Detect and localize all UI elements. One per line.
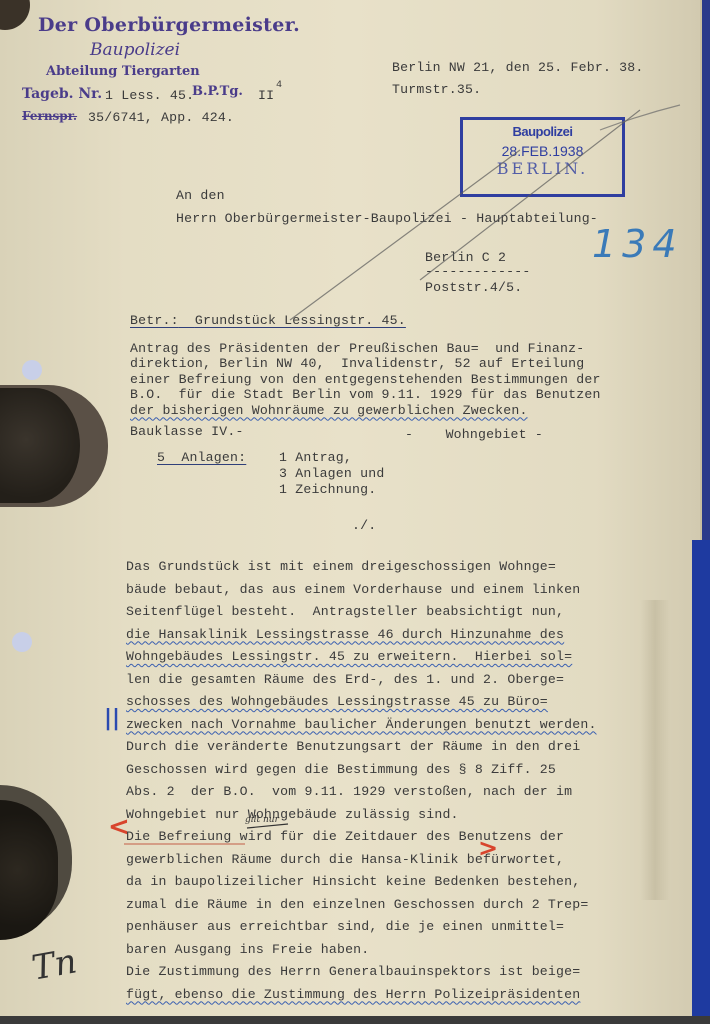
journal-value: 1 Less. 45. [105, 88, 194, 103]
body-line: Geschossen wird gegen die Bestimmung des… [126, 759, 597, 782]
attachments-label: 5 Anlagen: [157, 450, 246, 465]
body-line: Durch die veränderte Benutzungsart der R… [126, 736, 597, 759]
paper-fold [640, 600, 670, 900]
margin-marks: || [104, 706, 120, 731]
zone: - Wohngebiet - [405, 427, 543, 442]
red-bracket-open-icon: < [108, 812, 130, 842]
application-line: B.O. für die Stadt Berlin vom 9.11. 1929… [130, 387, 601, 402]
handwritten-insertion: gilt nur [245, 815, 279, 825]
initials-signature: Tn [29, 941, 80, 988]
background-binder [692, 540, 710, 1020]
recipient-line1: An den [176, 188, 225, 203]
body-line: Das Grundstück ist mit einem dreigeschos… [126, 556, 597, 579]
application-line: direktion, Berlin NW 40, Invalidenstr, 5… [130, 356, 601, 371]
place-date: Berlin NW 21, den 25. Febr. 38. [392, 60, 644, 75]
body-line: bäude bebaut, das aus einem Vorderhause … [126, 579, 597, 602]
recipient-city: Berlin C 2 [425, 250, 506, 265]
attachment-item: 1 Antrag, [279, 450, 352, 465]
body-line: Die Zustimmung des Herrn Generalbauinspe… [126, 961, 597, 984]
letterhead-authority: Der Oberbürgermeister. [38, 14, 300, 36]
journal-stamp: B.P.Tg. [192, 84, 243, 99]
punch-hole [12, 632, 32, 652]
recipient-line2: Herrn Oberbürgermeister-Baupolizei - Hau… [176, 211, 598, 226]
body-line: penhäuser aus erreichtbar sind, die je e… [126, 916, 597, 939]
body-line: Wohngebäudes Lessingstr. 45 zu erweitern… [126, 646, 597, 669]
body-line: zumal die Räume in den einzelnen Geschos… [126, 894, 597, 917]
stamp-date: 28.FEB.1938 [463, 143, 622, 159]
recipient-rule: ------------- [425, 264, 530, 279]
body-line: baren Ausgang ins Freie haben. [126, 939, 597, 962]
body-line: Abs. 2 der B.O. vom 9.11. 1929 verstoßen… [126, 781, 597, 804]
recipient-street: Poststr.4/5. [425, 280, 522, 295]
body-line: da in baupolizeilicher Hinsicht keine Be… [126, 871, 597, 894]
body-line: fügt, ebenso die Zustimmung des Herrn Po… [126, 984, 597, 1007]
phone-value: 35/6741, App. 424. [88, 110, 234, 125]
building-class: Bauklasse IV.- [130, 424, 244, 439]
letterhead-division: Abteilung Tiergarten [46, 64, 200, 79]
received-stamp: Baupolizei 28.FEB.1938 BERLIN. [460, 117, 625, 197]
body-line: die Hansaklinik Lessingstrasse 46 durch … [126, 624, 597, 647]
letterhead-department: Baupolizei [90, 40, 180, 60]
stamp-office: Baupolizei [463, 124, 622, 139]
body-line: Die Befreiung wird für die Zeitdauer des… [126, 826, 597, 849]
punch-hole [22, 360, 42, 380]
application-paragraph: Antrag des Präsidenten der Preußischen B… [130, 341, 601, 418]
body-line: gewerblichen Räume durch die Hansa-Klini… [126, 849, 597, 872]
attachment-item: 3 Anlagen und [279, 466, 384, 481]
journal-suffix: II [258, 88, 274, 103]
attachment-item: 1 Zeichnung. [279, 482, 376, 497]
sender-street: Turmstr.35. [392, 82, 481, 97]
body-line: zwecken nach Vornahme baulicher Änderung… [126, 714, 597, 737]
body-text: Das Grundstück ist mit einem dreigeschos… [126, 556, 597, 1006]
subject-value: Grundstück Lessingstr. 45. [195, 313, 406, 328]
application-line: der bisherigen Wohnräume zu gewerblichen… [130, 403, 601, 418]
body-line: len die gesamten Räume des Erd-, des 1. … [126, 669, 597, 692]
subject-label: Betr.: [130, 313, 179, 328]
body-line: Seitenflügel besteht. Antragsteller beab… [126, 601, 597, 624]
application-line: einer Befreiung von den entgegenstehende… [130, 372, 601, 387]
application-line: Antrag des Präsidenten der Preußischen B… [130, 341, 601, 356]
handwritten-file-number: 134 [592, 222, 683, 266]
body-line: schosses des Wohngebäudes Lessingstrasse… [126, 691, 597, 714]
subject-line: Betr.: Grundstück Lessingstr. 45. [130, 313, 406, 328]
stamp-city: BERLIN. [463, 159, 622, 178]
body-line: Wohngebiet nur Wohngebäude zulässig sind… [126, 804, 597, 827]
phone-label: Fernspr. [22, 109, 77, 123]
journal-superscript: 4 [276, 78, 282, 93]
background-edge [0, 1016, 710, 1024]
journal-label: Tageb. Nr. [22, 86, 102, 102]
red-bracket-close-icon: > [478, 834, 498, 862]
continuation-separator: ./. [352, 518, 376, 533]
